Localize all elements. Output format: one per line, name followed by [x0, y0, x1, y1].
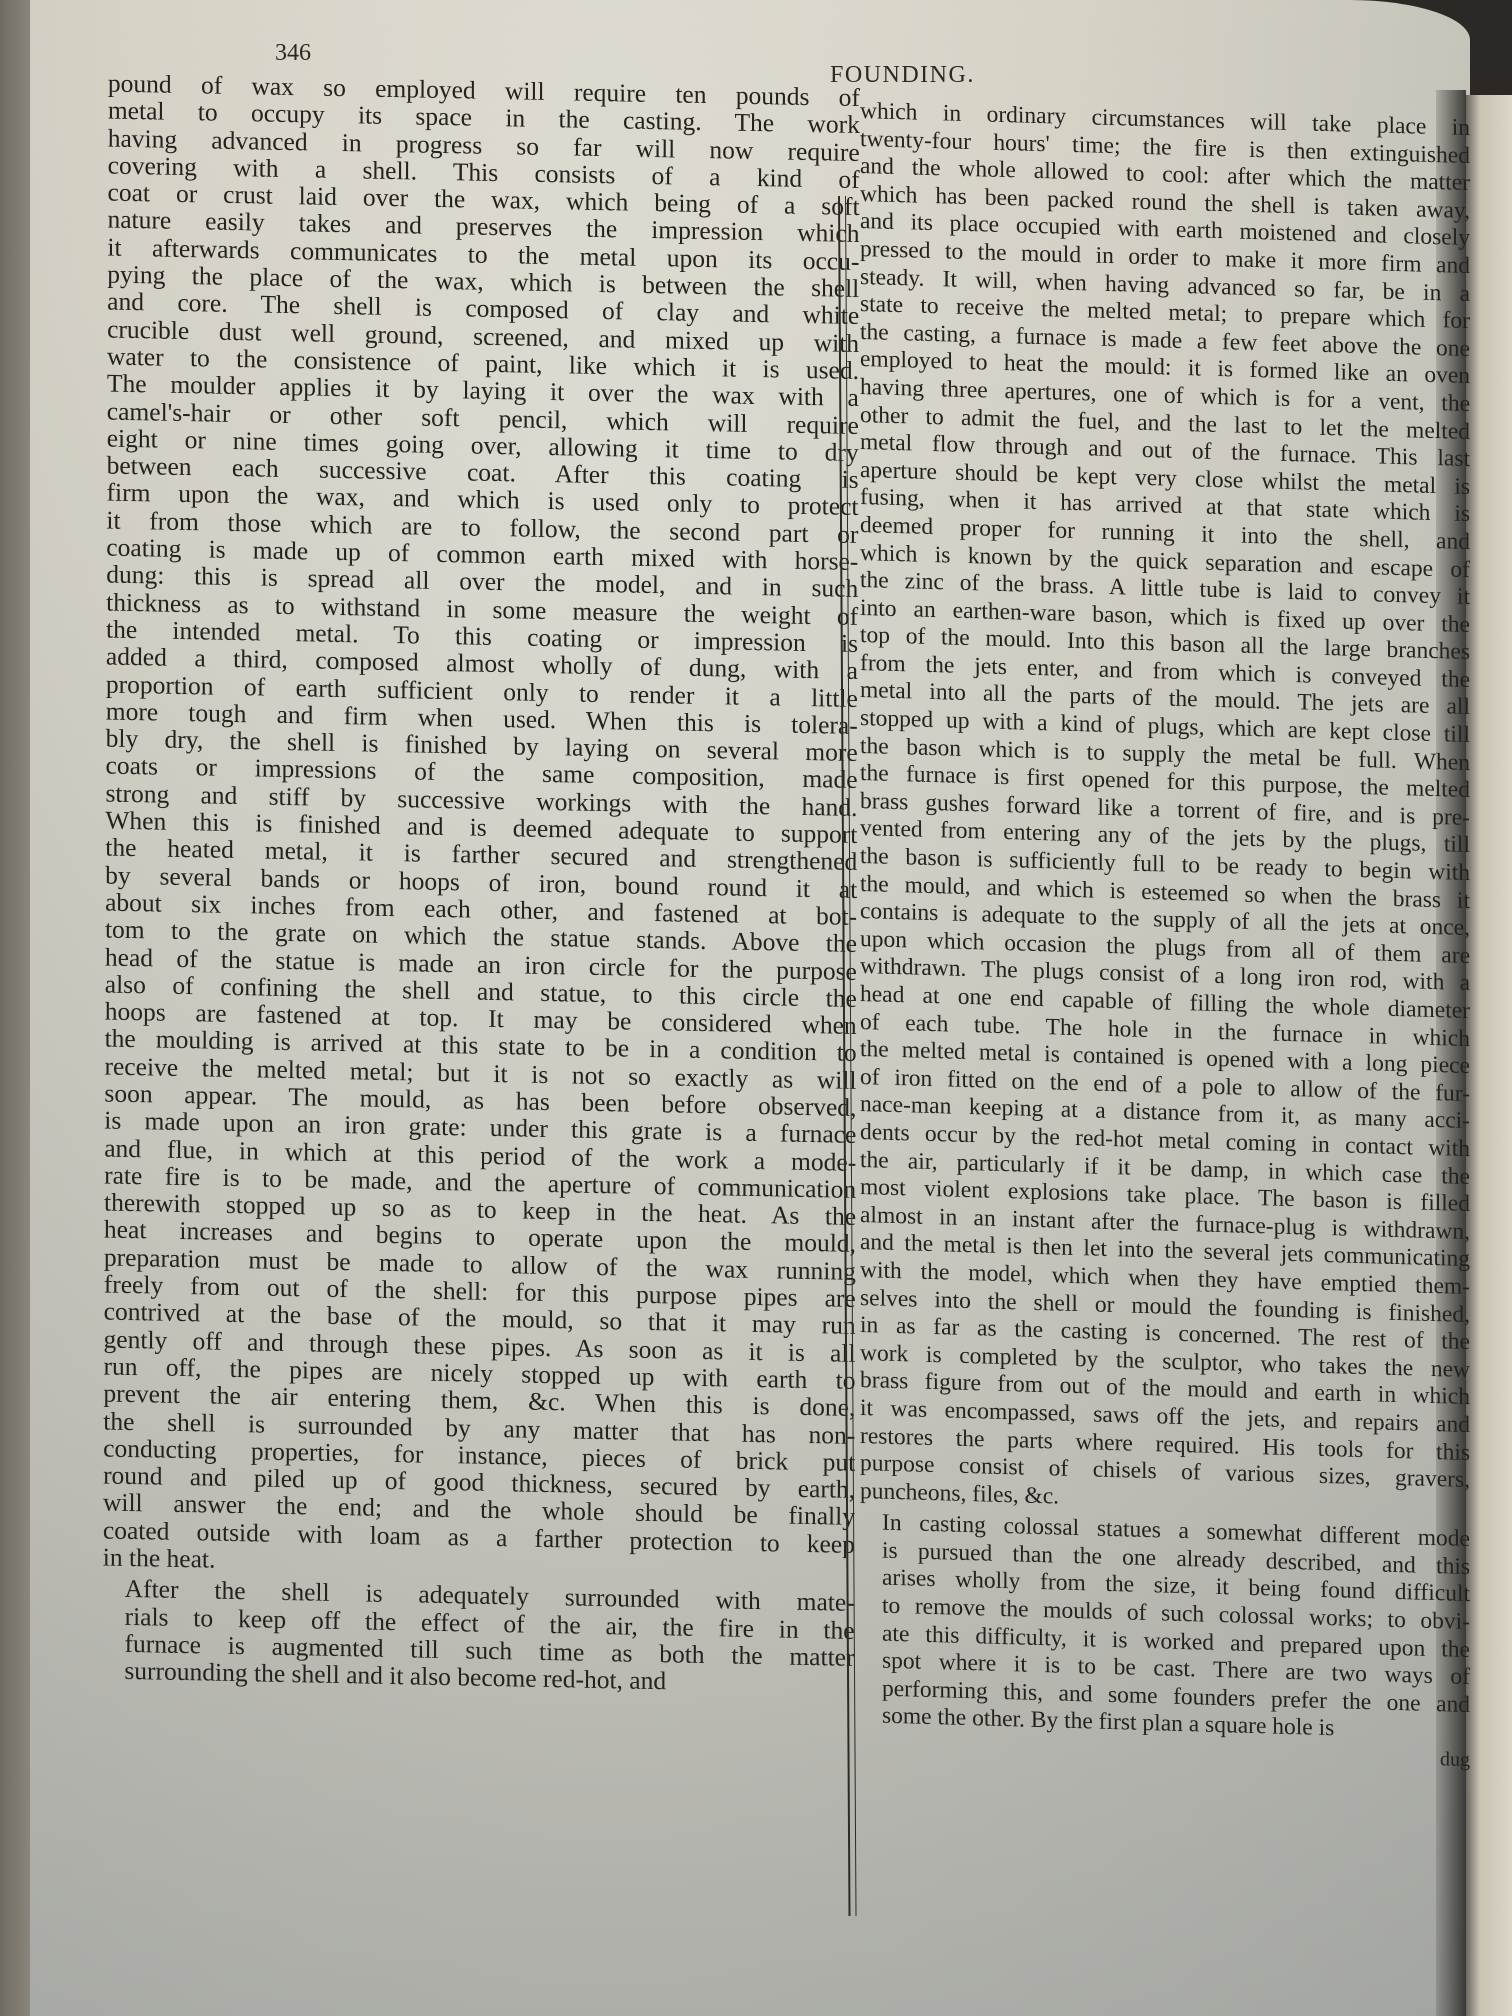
paragraph: In casting colossal statues a somewhat d… [860, 1509, 1470, 1747]
paragraph: pound of wax so employed will require te… [103, 70, 860, 1586]
paragraph: which in ordinary circumstances will tak… [860, 98, 1470, 1522]
left-column: pound of wax so employed will require te… [102, 70, 860, 1699]
right-column: which in ordinary circumstances will tak… [860, 98, 1470, 1775]
text-columns: pound of wax so employed will require te… [0, 84, 1512, 1964]
photo-scene: 346 FOUNDING. pound of wax so employed w… [0, 0, 1512, 2016]
paragraph: After the shell is adequately surrounded… [102, 1575, 854, 1699]
page-number: 346 [275, 40, 311, 67]
